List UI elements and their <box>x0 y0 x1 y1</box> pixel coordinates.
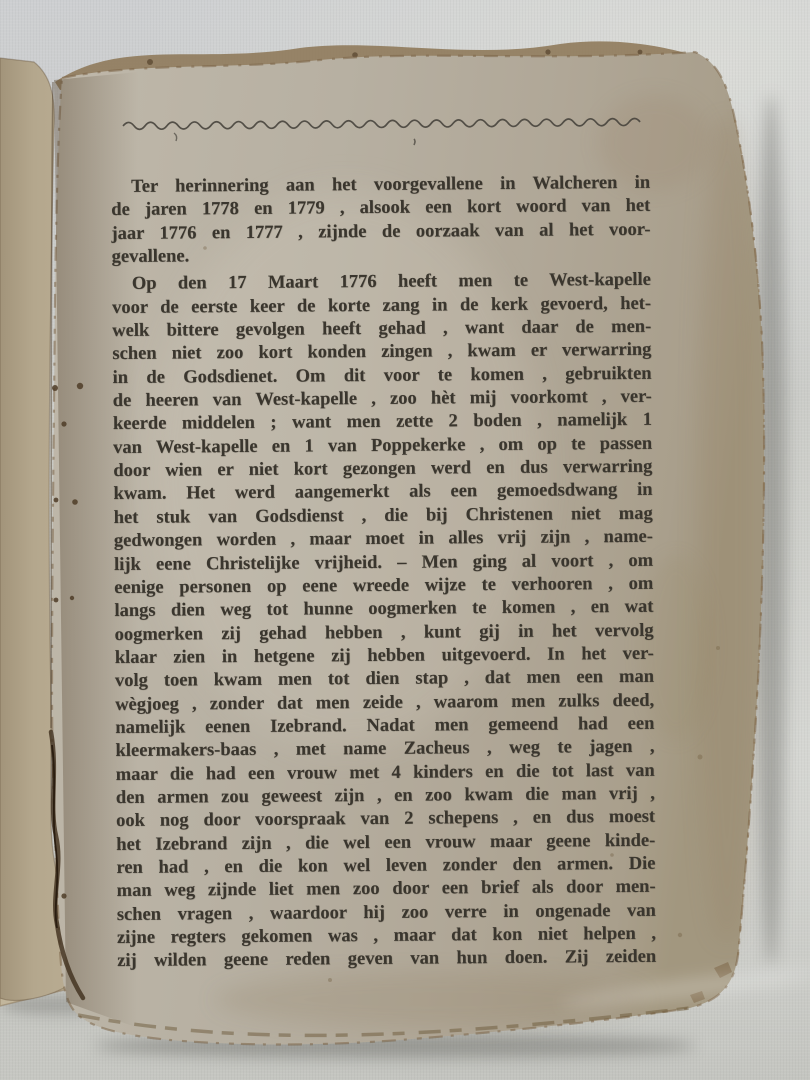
text-line: zij wilden geene reden geven van hun doe… <box>117 946 656 974</box>
text-line: gedwongen worden , maar moet in alles vr… <box>114 526 653 554</box>
body-paragraph: Op den 17 Maart 1776 heeft men te West-k… <box>112 269 656 974</box>
page-text-block: Ter herinnering aan het voorgevallene in… <box>111 172 656 974</box>
text-line: jaar 1776 en 1777 , zijnde de oorzaak va… <box>111 218 650 246</box>
cloth-background: Ter herinnering aan het voorgevallene in… <box>0 0 810 1080</box>
intro-paragraph: Ter herinnering aan het voorgevallene in… <box>111 172 651 270</box>
text-line: gevallene. <box>112 242 651 270</box>
